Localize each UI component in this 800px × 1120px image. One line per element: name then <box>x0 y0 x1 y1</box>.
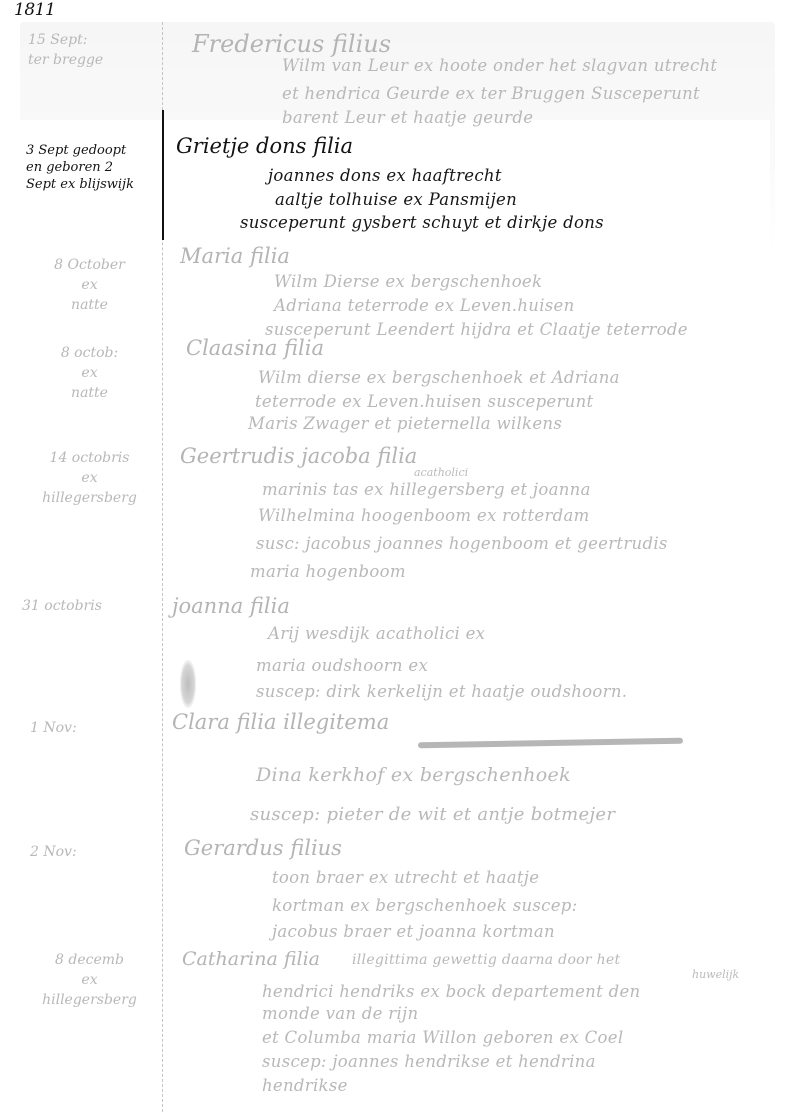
entry-line: suscep: joannes hendrikse et hendrina <box>262 1052 596 1071</box>
margin-date: 8 decemb <box>22 950 157 970</box>
entry-line: hendrikse <box>262 1076 348 1095</box>
struck-out-line <box>418 738 683 749</box>
margin-date: 2 Nov: <box>30 842 165 862</box>
entry-line: kortman ex bergschenhoek suscep: <box>272 896 577 915</box>
margin-date: 8 octob: <box>22 343 157 363</box>
margin-date: 31 octobris <box>22 596 157 616</box>
entry-line: Wilm dierse ex bergschenhoek et Adriana <box>258 368 620 387</box>
entry-line: teterrode ex Leven.huisen susceperunt <box>255 392 593 411</box>
register-page: 1811 15 Sept: ter bregge Fredericus fili… <box>0 0 800 1120</box>
entry-margin: 8 decemb ex hillegersberg <box>22 950 157 1010</box>
margin-date: 1 Nov: <box>30 718 165 738</box>
entry-line: susc: jacobus joannes hogenboom et geert… <box>256 534 668 553</box>
entry-line: et hendrica Geurde ex ter Bruggen Suscep… <box>282 84 700 103</box>
entry-line: monde van de rijn <box>262 1004 418 1023</box>
entry-margin: 15 Sept: ter bregge <box>28 30 163 70</box>
entry-line: Maris Zwager et pieternella wilkens <box>248 414 562 433</box>
margin-ex: ex <box>22 468 157 488</box>
entry-name: joanna filia <box>172 594 290 618</box>
margin-ex: ex <box>22 970 157 990</box>
margin-place: natte <box>22 383 157 403</box>
entry-line: marinis tas ex hillegersberg et joanna <box>262 480 591 499</box>
margin-place: natte <box>22 295 157 315</box>
entry-line: susceperunt gysbert schuyt et dirkje don… <box>240 213 604 232</box>
entry-line: jacobus braer et joanna kortman <box>272 922 555 941</box>
margin-date: 15 Sept: <box>28 30 163 50</box>
entry-superscript: acatholici <box>414 466 468 479</box>
entry-line: suscep: pieter de wit et antje botmejer <box>250 804 615 825</box>
entry-superscript: huwelijk <box>692 968 739 981</box>
column-divider-dark-segment <box>162 110 164 240</box>
entry-line: barent Leur et haatje geurde <box>282 108 533 127</box>
entry-line: maria hogenboom <box>250 562 406 581</box>
margin-place: hillegersberg <box>22 990 157 1010</box>
entry-name: Catharina filia <box>182 948 320 970</box>
entry-line: toon braer ex utrecht et haatje <box>272 868 539 887</box>
entry-margin: 14 octobris ex hillegersberg <box>22 448 157 508</box>
entry-margin: 8 octob: ex natte <box>22 343 157 403</box>
entry-line: et Columba maria Willon geboren ex Coel <box>262 1028 623 1047</box>
entry-line: maria oudshoorn ex <box>256 656 428 675</box>
entry-line: Wilm van Leur ex hoote onder het slagvan… <box>282 56 717 75</box>
entry-name: Clara filia illegitema <box>172 710 389 734</box>
margin-note: en geboren 2 <box>26 159 161 176</box>
entry-line: joannes dons ex haaftrecht <box>268 166 502 185</box>
entry-line: suscep: dirk kerkelijn et haatje oudshoo… <box>256 682 627 701</box>
margin-date: 8 October <box>22 255 157 275</box>
entry-name: Claasina filia <box>186 336 324 360</box>
entry-name: Geertrudis jacoba filia <box>180 444 417 468</box>
year-header: 1811 <box>14 0 55 20</box>
entry-line: Wilhelmina hoogenboom ex rotterdam <box>258 506 590 525</box>
entry-line: susceperunt Leendert hijdra et Claatje t… <box>265 320 688 339</box>
entry-margin: 1 Nov: <box>30 718 165 738</box>
margin-place: hillegersberg <box>22 488 157 508</box>
entry-margin: 8 October ex natte <box>22 255 157 315</box>
entry-line: Wilm Dierse ex bergschenhoek <box>274 272 542 291</box>
entry-line: aaltje tolhuise ex Pansmijen <box>275 190 517 209</box>
entry-line: Arij wesdijk acatholici ex <box>268 624 485 643</box>
entry-name: Fredericus filius <box>192 30 391 58</box>
entry-name: Grietje dons filia <box>176 134 353 158</box>
ink-smudge <box>180 660 196 708</box>
margin-date: 3 Sept gedoopt <box>26 142 161 159</box>
entry-name-tail: illegittima gewettig daarna door het <box>352 952 620 968</box>
margin-place: ter bregge <box>28 50 163 70</box>
entry-line: Adriana teterrode ex Leven.huisen <box>274 296 575 315</box>
margin-ex: ex <box>22 275 157 295</box>
margin-place: Sept ex blijswijk <box>26 176 161 193</box>
entry-margin: 3 Sept gedoopt en geboren 2 Sept ex blij… <box>26 142 161 193</box>
entry-margin: 31 octobris <box>22 596 157 616</box>
entry-name: Maria filia <box>180 244 290 268</box>
margin-date: 14 octobris <box>22 448 157 468</box>
entry-line: hendrici hendriks ex bock departement de… <box>262 982 640 1001</box>
entry-line: Dina kerkhof ex bergschenhoek <box>256 764 571 786</box>
entry-margin: 2 Nov: <box>30 842 165 862</box>
entry-name: Gerardus filius <box>184 836 342 860</box>
margin-ex: ex <box>22 363 157 383</box>
